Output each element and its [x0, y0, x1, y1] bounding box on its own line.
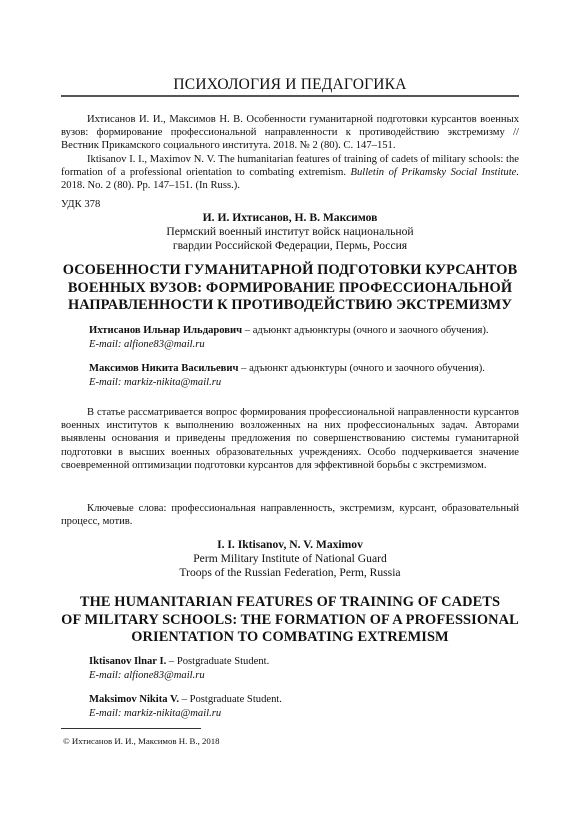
ru-author-info-2: Максимов Никита Васильевич – адъюнкт адъ… [89, 362, 519, 389]
ru-affiliation-line1: Пермский военный институт войск национал… [61, 225, 519, 239]
author-email[interactable]: E-mail: alfione83@mail.ru [89, 669, 519, 683]
author-name: Maksimov Nikita V. [89, 694, 179, 705]
abstract: В статье рассматривается вопрос формиров… [61, 406, 519, 472]
author-role: – Postgraduate Student. [166, 656, 269, 667]
ru-affiliation-line2: гвардии Российской Федерации, Пермь, Рос… [61, 239, 519, 253]
en-authors-block: I. I. Iktisanov, N. V. Maximov Perm Mili… [61, 538, 519, 580]
citation-en-journal: Bulletin of Prikamsky Social Institute. [351, 167, 519, 178]
author-email[interactable]: E-mail: markiz-nikita@mail.ru [89, 376, 519, 390]
citation-block: Ихтисанов И. И., Максимов Н. В. Особенно… [61, 113, 519, 192]
citation-en-details: 2018. No. 2 (80). Pp. 147–151. (In Russ.… [61, 180, 240, 191]
ru-authors: И. И. Ихтисанов, Н. В. Максимов [61, 211, 519, 225]
citation-en: Iktisanov I. I., Maximov N. V. The human… [61, 153, 519, 193]
ru-title-line1: ОСОБЕННОСТИ ГУМАНИТАРНОЙ ПОДГОТОВКИ КУРС… [61, 262, 519, 280]
en-affiliation-line2: Troops of the Russian Federation, Perm, … [61, 566, 519, 580]
author-name: Iktisanov Ilnar I. [89, 656, 166, 667]
udk-code: УДК 378 [61, 199, 100, 210]
en-article-title: THE HUMANITARIAN FEATURES OF TRAINING OF… [61, 594, 519, 647]
ru-author-info-1: Ихтисанов Ильнар Ильдарович – адъюнкт ад… [89, 324, 519, 351]
author-role: – адъюнкт адъюнктуры (очного и заочного … [238, 363, 484, 374]
en-author-info-1: Iktisanov Ilnar I. – Postgraduate Studen… [89, 655, 519, 682]
author-name: Ихтисанов Ильнар Ильдарович [89, 325, 242, 336]
en-title-line1: THE HUMANITARIAN FEATURES OF TRAINING OF… [61, 594, 519, 612]
author-email[interactable]: E-mail: alfione83@mail.ru [89, 338, 519, 352]
author-role: – адъюнкт адъюнктуры (очного и заочного … [242, 325, 488, 336]
ru-title-line3: НАПРАВЛЕННОСТИ К ПРОТИВОДЕЙСТВИЮ ЭКСТРЕМ… [61, 297, 519, 315]
en-authors: I. I. Iktisanov, N. V. Maximov [61, 538, 519, 552]
ru-title-line2: ВОЕННЫХ ВУЗОВ: ФОРМИРОВАНИЕ ПРОФЕССИОНАЛ… [61, 280, 519, 298]
author-role: – Postgraduate Student. [179, 694, 282, 705]
keywords-text: Ключевые слова: профессиональная направл… [61, 502, 519, 528]
copyright-footnote: © Ихтисанов И. И., Максимов Н. В., 2018 [63, 736, 220, 746]
author-email[interactable]: E-mail: markiz-nikita@mail.ru [89, 707, 519, 721]
author-name: Максимов Никита Васильевич [89, 363, 238, 374]
en-affiliation-line1: Perm Military Institute of National Guar… [61, 552, 519, 566]
en-title-line2: OF MILITARY SCHOOLS: THE FORMATION OF A … [61, 612, 519, 630]
header-rule [61, 95, 519, 97]
en-title-line3: ORIENTATION TO COMBATING EXTREMISM [61, 629, 519, 647]
citation-ru: Ихтисанов И. И., Максимов Н. В. Особенно… [61, 113, 519, 153]
ru-article-title: ОСОБЕННОСТИ ГУМАНИТАРНОЙ ПОДГОТОВКИ КУРС… [61, 262, 519, 315]
footnote-rule [61, 728, 201, 729]
abstract-text: В статье рассматривается вопрос формиров… [61, 406, 519, 472]
section-title: ПСИХОЛОГИЯ И ПЕДАГОГИКА [61, 76, 519, 94]
ru-authors-block: И. И. Ихтисанов, Н. В. Максимов Пермский… [61, 211, 519, 253]
en-author-info-2: Maksimov Nikita V. – Postgraduate Studen… [89, 693, 519, 720]
keywords: Ключевые слова: профессиональная направл… [61, 502, 519, 528]
